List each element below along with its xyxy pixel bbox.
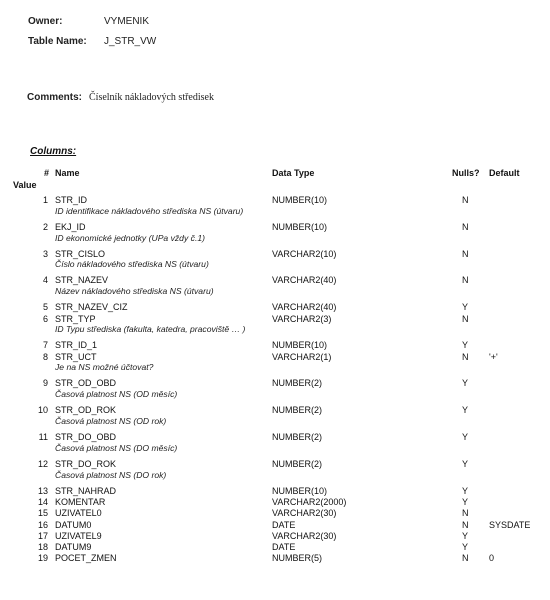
- column-nulls: Y: [462, 405, 468, 415]
- column-name: STR_CISLO: [55, 249, 105, 259]
- column-data-type: VARCHAR2(40): [272, 275, 336, 285]
- column-number: 16: [28, 520, 48, 530]
- column-nulls: Y: [462, 486, 468, 496]
- column-data-type: VARCHAR2(40): [272, 302, 336, 312]
- column-nulls: N: [462, 520, 469, 530]
- column-number: 1: [28, 195, 48, 205]
- column-data-type: NUMBER(5): [272, 553, 322, 563]
- column-comment: Je na NS možné účtovat?: [55, 362, 153, 372]
- column-number: 4: [28, 275, 48, 285]
- column-nulls: N: [462, 195, 469, 205]
- header-name: Name: [55, 168, 80, 178]
- column-comment: ID ekonomické jednotky (UPa vždy č.1): [55, 233, 205, 243]
- column-data-type: NUMBER(2): [272, 459, 322, 469]
- owner-value: VYMENIK: [104, 16, 149, 27]
- column-nulls: N: [462, 508, 469, 518]
- column-name: STR_TYP: [55, 314, 96, 324]
- column-name: STR_UCT: [55, 352, 97, 362]
- column-name: STR_OD_OBD: [55, 378, 116, 388]
- header-data-type: Data Type: [272, 168, 314, 178]
- column-name: STR_DO_ROK: [55, 459, 116, 469]
- column-name: STR_NAZEV_CIZ: [55, 302, 128, 312]
- column-nulls: N: [462, 222, 469, 232]
- comments-value: Číselník nákladových středisek: [89, 92, 214, 103]
- column-comment: Časová platnost NS (OD rok): [55, 416, 166, 426]
- column-name: POCET_ZMEN: [55, 553, 117, 563]
- column-default: '+': [489, 352, 498, 362]
- column-number: 12: [28, 459, 48, 469]
- column-name: KOMENTAR: [55, 497, 105, 507]
- column-number: 19: [28, 553, 48, 563]
- column-name: STR_ID_1: [55, 340, 97, 350]
- columns-section-title: Columns:: [30, 146, 76, 157]
- column-comment: Časová platnost NS (OD měsíc): [55, 389, 177, 399]
- column-data-type: NUMBER(10): [272, 340, 327, 350]
- table-name-value: J_STR_VW: [104, 36, 156, 47]
- column-name: STR_OD_ROK: [55, 405, 116, 415]
- column-number: 10: [28, 405, 48, 415]
- column-name: STR_NAZEV: [55, 275, 108, 285]
- table-name-label: Table Name:: [28, 36, 87, 47]
- column-nulls: Y: [462, 340, 468, 350]
- column-data-type: NUMBER(2): [272, 378, 322, 388]
- column-nulls: N: [462, 249, 469, 259]
- column-number: 3: [28, 249, 48, 259]
- column-nulls: Y: [462, 432, 468, 442]
- column-number: 6: [28, 314, 48, 324]
- column-name: UZIVATEL9: [55, 531, 102, 541]
- column-nulls: Y: [462, 531, 468, 541]
- column-nulls: N: [462, 352, 469, 362]
- column-nulls: Y: [462, 302, 468, 312]
- column-comment: Časová platnost NS (DO rok): [55, 470, 166, 480]
- column-name: STR_NAHRAD: [55, 486, 116, 496]
- column-default: SYSDATE: [489, 520, 530, 530]
- header-value: Value: [13, 180, 37, 190]
- column-nulls: Y: [462, 542, 468, 552]
- column-nulls: N: [462, 553, 469, 563]
- column-comment: Název nákladového střediska NS (útvaru): [55, 286, 214, 296]
- comments-label: Comments:: [27, 92, 82, 103]
- header-default: Default: [489, 168, 520, 178]
- column-data-type: NUMBER(10): [272, 195, 327, 205]
- column-name: UZIVATEL0: [55, 508, 102, 518]
- column-data-type: NUMBER(10): [272, 486, 327, 496]
- column-number: 14: [28, 497, 48, 507]
- column-data-type: NUMBER(10): [272, 222, 327, 232]
- column-number: 17: [28, 531, 48, 541]
- column-data-type: VARCHAR2(30): [272, 531, 336, 541]
- column-number: 11: [28, 432, 48, 442]
- column-name: STR_DO_OBD: [55, 432, 116, 442]
- column-data-type: VARCHAR2(30): [272, 508, 336, 518]
- column-comment: Časová platnost NS (DO měsíc): [55, 443, 177, 453]
- column-name: DATUM9: [55, 542, 91, 552]
- column-data-type: NUMBER(2): [272, 432, 322, 442]
- column-number: 8: [28, 352, 48, 362]
- column-nulls: N: [462, 314, 469, 324]
- column-data-type: DATE: [272, 542, 295, 552]
- column-number: 7: [28, 340, 48, 350]
- column-data-type: DATE: [272, 520, 295, 530]
- column-number: 15: [28, 508, 48, 518]
- column-number: 5: [28, 302, 48, 312]
- column-nulls: Y: [462, 378, 468, 388]
- column-data-type: VARCHAR2(2000): [272, 497, 346, 507]
- column-data-type: NUMBER(2): [272, 405, 322, 415]
- column-nulls: Y: [462, 497, 468, 507]
- column-default: 0: [489, 553, 494, 563]
- column-nulls: Y: [462, 459, 468, 469]
- column-name: EKJ_ID: [55, 222, 86, 232]
- column-name: DATUM0: [55, 520, 91, 530]
- owner-label: Owner:: [28, 16, 62, 27]
- column-number: 2: [28, 222, 48, 232]
- header-number: #: [44, 168, 49, 178]
- column-data-type: VARCHAR2(1): [272, 352, 331, 362]
- column-comment: ID Typu střediska (fakulta, katedra, pra…: [55, 324, 245, 334]
- column-comment: Číslo nákladového střediska NS (útvaru): [55, 259, 209, 269]
- column-nulls: N: [462, 275, 469, 285]
- column-number: 13: [28, 486, 48, 496]
- header-nulls: Nulls?: [452, 168, 480, 178]
- column-data-type: VARCHAR2(10): [272, 249, 336, 259]
- column-name: STR_ID: [55, 195, 87, 205]
- column-number: 18: [28, 542, 48, 552]
- column-data-type: VARCHAR2(3): [272, 314, 331, 324]
- column-comment: ID identifikace nákladového střediska NS…: [55, 206, 243, 216]
- column-number: 9: [28, 378, 48, 388]
